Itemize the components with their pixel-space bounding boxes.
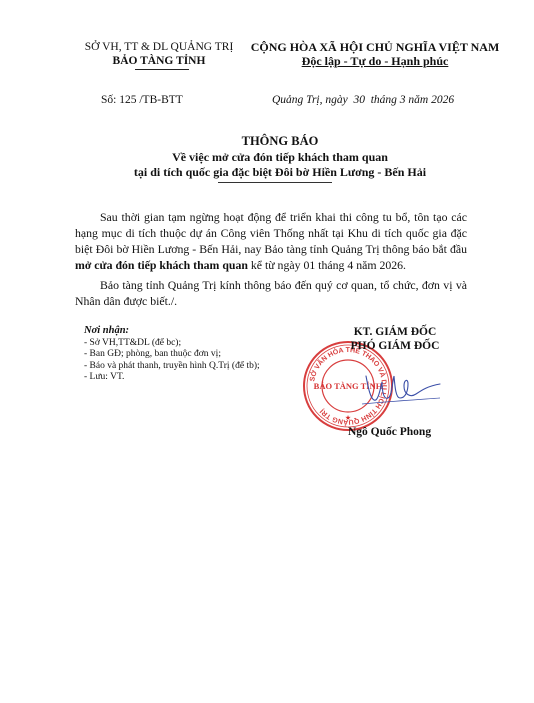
national-header-block: CỘNG HÒA XÃ HỘI CHỦ NGHĨA VIỆT NAM Độc l… [246, 40, 504, 68]
organization-name: BẢO TÀNG TỈNH [113, 55, 206, 67]
subject-line-2: tại di tích quốc gia đặc biệt Đôi bờ Hiề… [134, 165, 426, 179]
subject-underline [218, 182, 332, 183]
recipients-title: Nơi nhận: [84, 325, 314, 337]
parent-agency: SỞ VH, TT & DL QUẢNG TRỊ [68, 40, 250, 54]
issuing-agency-block: SỞ VH, TT & DL QUẢNG TRỊ BẢO TÀNG TỈNH [68, 40, 250, 68]
nation-title: CỘNG HÒA XÃ HỘI CHỦ NGHĨA VIỆT NAM [246, 40, 504, 54]
stamp-star-icon: ★ [345, 414, 351, 422]
para1-text-b: kể từ ngày 01 tháng 4 năm 2026. [248, 258, 406, 272]
recipient-item: - Ban GĐ; phòng, ban thuộc đơn vị; [84, 349, 314, 361]
para1-emphasis: mở cửa đón tiếp khách tham quan [75, 258, 248, 272]
handwritten-signature-icon [362, 368, 442, 408]
title-block: THÔNG BÁO Về việc mở cửa đón tiếp khách … [100, 134, 460, 181]
recipient-item: - Báo và phát thanh, truyền hình Q.Trị (… [84, 361, 314, 373]
document-body: Sau thời gian tạm ngừng hoạt động để tri… [75, 209, 467, 313]
national-motto: Độc lập - Tự do - Hạnh phúc [302, 54, 449, 68]
subject-line-2-wrap: tại di tích quốc gia đặc biệt Đôi bờ Hiề… [134, 165, 426, 181]
signature-block: KT. GIÁM ĐỐC PHÓ GIÁM ĐỐC [330, 326, 460, 353]
number-label: Số: [101, 94, 116, 106]
document-number: Số: 125 /TB-BTT [101, 94, 183, 106]
recipient-item: - Sở VH,TT&DL (để bc); [84, 338, 314, 350]
body-paragraph-2: Bảo tàng tỉnh Quảng Trị kính thông báo đ… [75, 277, 467, 309]
place-date: Quảng Trị, ngày 30 tháng 3 năm 2026 [272, 94, 454, 106]
signer-position: PHÓ GIÁM ĐỐC [330, 340, 460, 354]
number-value: 125 /TB-BTT [119, 94, 183, 106]
issuing-organization: BẢO TÀNG TỈNH [113, 54, 206, 68]
organization-underline [135, 69, 190, 70]
signing-authority: KT. GIÁM ĐỐC [330, 326, 460, 340]
signer-name: Ngô Quốc Phong [348, 426, 431, 438]
body-paragraph-1: Sau thời gian tạm ngừng hoạt động để tri… [75, 209, 467, 273]
document-title: THÔNG BÁO [100, 134, 460, 150]
recipient-item: - Lưu: VT. [84, 372, 314, 384]
para1-text-a: Sau thời gian tạm ngừng hoạt động để tri… [75, 210, 467, 256]
recipients-block: Nơi nhận: - Sở VH,TT&DL (để bc); - Ban G… [84, 325, 314, 384]
subject-line-1: Về việc mở cửa đón tiếp khách tham quan [100, 150, 460, 166]
